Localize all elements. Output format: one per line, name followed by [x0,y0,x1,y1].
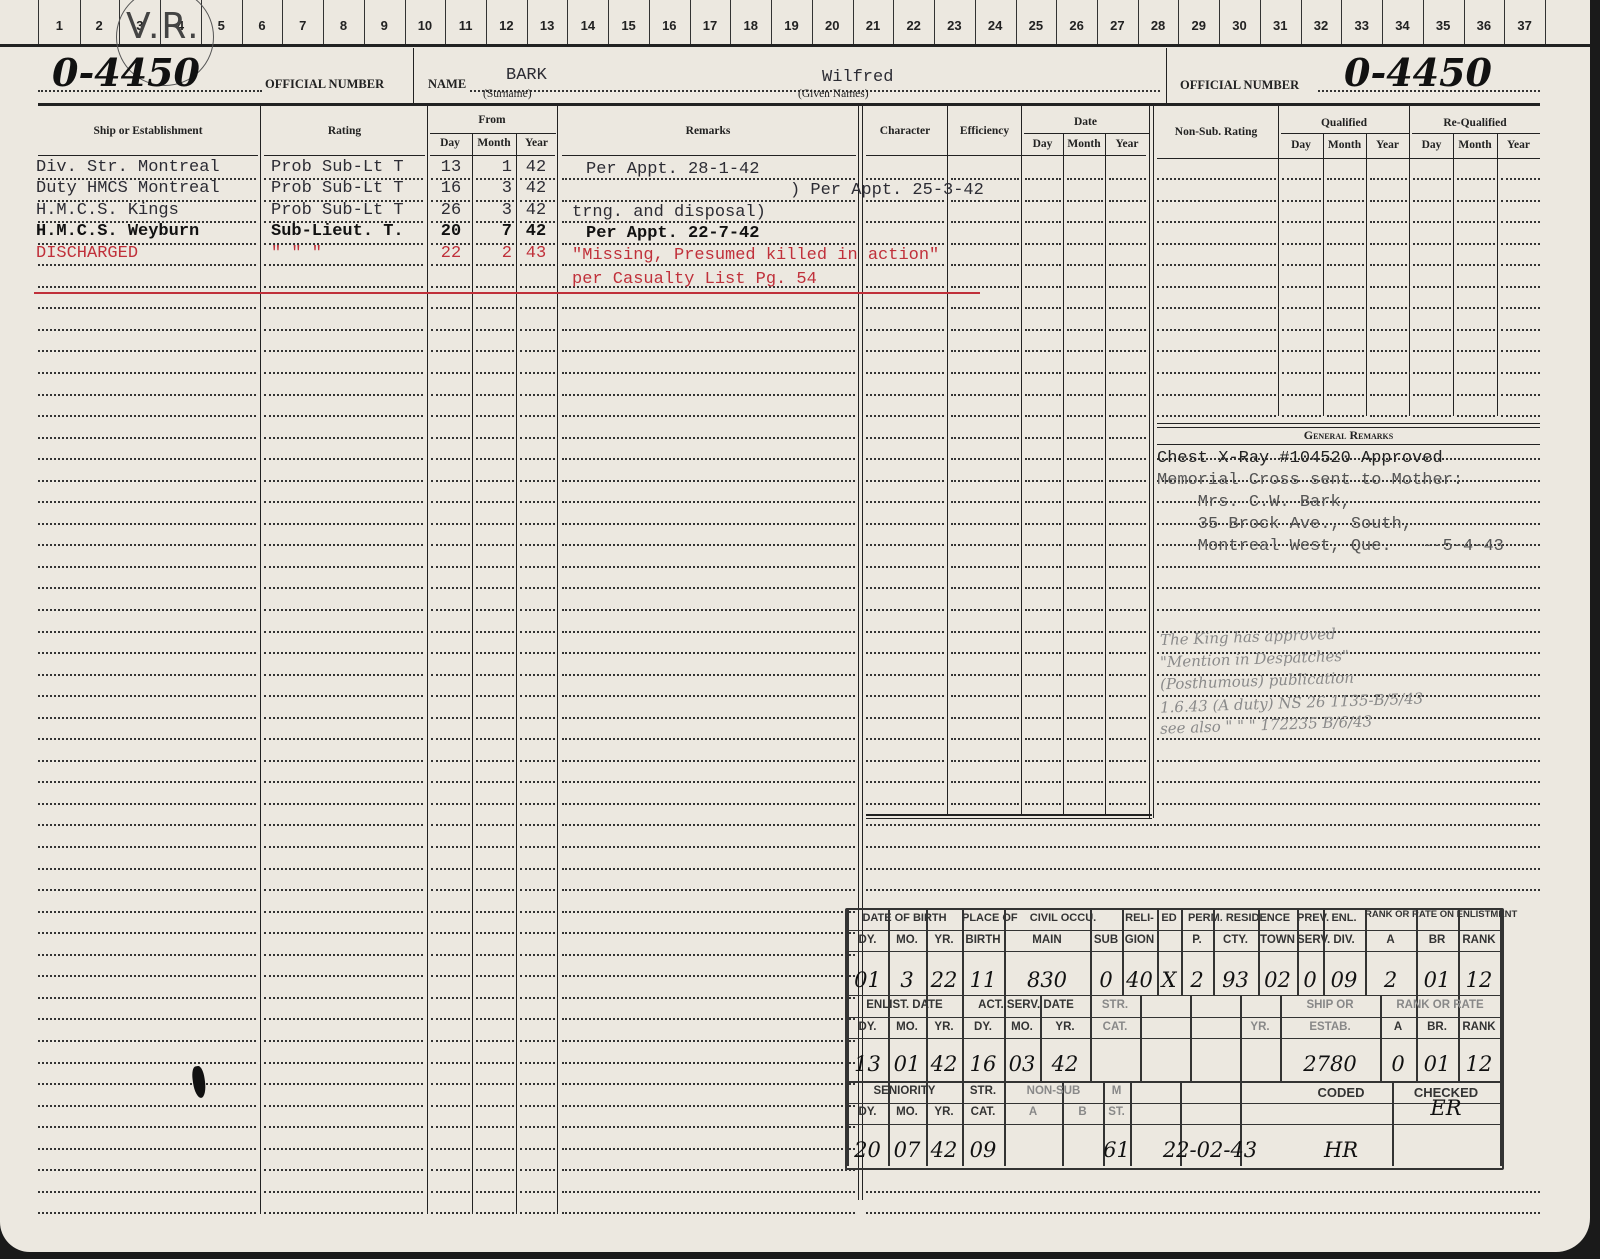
ruler-cell: 21 [853,0,895,44]
ruler-cell: 7 [282,0,324,44]
ruler-cell: 24 [975,0,1017,44]
handwritten-remark-line: The King has approved [1160,625,1336,649]
ruler-cell: 8 [323,0,365,44]
ruler-cell: 12 [486,0,528,44]
coding-sub-header: RANK [1458,1021,1500,1033]
ruler-cell: 34 [1382,0,1424,44]
coding-sub-header: ST. [1103,1106,1130,1118]
coding-group-header: ENLIST. DATE [847,999,962,1011]
remarks-cell: trng. and disposal) [572,203,766,222]
coding-sub-header: B [1062,1106,1103,1118]
coding-sub-header: MO. [888,1021,926,1033]
given-names-value: Wilfred [822,68,893,87]
coding-group-header: ACT. SERV. DATE [962,999,1090,1011]
coding-sub-header: RANK [1458,934,1500,946]
remarks-cell: "Missing, Presumed killed in action" [572,246,939,265]
ruler-cell: 20 [812,0,854,44]
official-number-label-left: OFFICIAL NUMBER [265,77,384,92]
ruler-cell: 10 [405,0,447,44]
coding-group-header: ENL. [1323,912,1365,924]
surname-caption: (Surname) [483,88,532,100]
col-date: Date [1022,116,1149,128]
col-date-day: Day [1022,138,1063,150]
rating-cell: " " " [271,244,322,263]
coding-value: 0 [1090,968,1122,992]
coding-sub-header: BR. [1416,1021,1458,1033]
ruler-cell: 28 [1138,0,1180,44]
coding-value: 13 [847,1052,888,1076]
coding-group-header: DATE OF BIRTH [847,912,962,924]
coding-box [845,908,1504,1170]
ruler-cell: 32 [1301,0,1343,44]
coding-sub-header: CTY. [1213,934,1258,946]
ruler-cell: 37 [1504,0,1546,44]
coding-sub-header: A [1365,934,1416,946]
coding-value: 40 [1122,968,1157,992]
coding-sub-header: A [1380,1021,1416,1033]
coding-value: 0 [1380,1052,1416,1076]
name-label: NAME [428,77,466,92]
ship-cell: DISCHARGED [36,244,138,263]
coding-value: 2780 [1280,1052,1380,1076]
coding-group-header: RELI- [1122,912,1157,924]
coding-value: 01 [888,1052,926,1076]
coding-value: 01 [847,968,888,992]
vr-stamp-text: V.R. [126,6,201,47]
coding-sub-header: CAT. [962,1106,1004,1118]
coding-value: 12 [1458,1052,1500,1076]
col-remarks: Remarks [560,125,856,137]
coding-sub-header: DIV. [1323,934,1365,946]
coding-sub-header: DY. [847,934,888,946]
hole-mark [191,1065,207,1098]
coding-sub-header: MO. [888,934,926,946]
col-from: From [428,114,556,126]
coding-value: 42 [1040,1052,1090,1076]
col-qualified-year: Year [1366,139,1409,151]
col-requalified-year: Year [1497,139,1540,151]
general-remarks-title: General Remarks [1157,428,1540,443]
coding-value: 09 [1323,968,1365,992]
col-from-day: Day [428,137,472,149]
coding-sub-header: YR. [1040,1021,1090,1033]
ruler-cell: 33 [1341,0,1383,44]
coding-value: 12 [1458,968,1500,992]
coding-value: 16 [962,1052,1004,1076]
coding-sub-header: YR. [926,1106,962,1118]
coding-sub-header: CAT. [1090,1021,1140,1033]
day-cell: 20 [430,222,472,241]
ruler-cell: 25 [1016,0,1058,44]
ruler-cell: 29 [1178,0,1220,44]
coding-value: X [1157,968,1181,992]
coding-value: 2 [1365,968,1416,992]
coding-group-header: PERM. RESIDENCE [1181,912,1297,924]
coding-value: 22-02-43 [1130,1138,1290,1162]
remarks-cell: ) Per Appt. 25-3-42 [790,181,984,200]
month-cell: 1 [474,158,512,177]
col-from-year: Year [516,137,557,149]
coding-value: 93 [1213,968,1258,992]
ruler-cell: 30 [1219,0,1261,44]
coding-sub-header: P. [1181,934,1213,946]
col-efficiency: Efficiency [948,125,1021,137]
coding-group-header: PLACE OF [962,912,1004,924]
ruler-cell: 17 [690,0,732,44]
coding-value: 22 [926,968,962,992]
month-cell: 3 [474,201,512,220]
coding-value: 03 [1004,1052,1040,1076]
coding-sub-header: DY. [847,1106,888,1118]
col-ship: Ship or Establishment [38,125,258,137]
coding-group-header: CIVIL OCCU. [1004,912,1122,924]
month-cell: 2 [474,244,512,263]
rating-cell: Sub-Lieut. T. [271,222,404,241]
general-remark-line: 35 Brock Ave., South, [1157,515,1412,534]
coding-group-header: SENIORITY [847,1085,962,1097]
coding-value: 01 [1416,968,1458,992]
coding-sub-header: BR [1416,934,1458,946]
ruler-cell: 14 [567,0,609,44]
ruler-cell: 36 [1464,0,1506,44]
coding-sub-header: SUB [1090,934,1122,946]
coding-value: 42 [926,1138,962,1162]
year-cell: 43 [518,244,554,263]
coding-sub-header: SERV. [1297,934,1323,946]
month-cell: 7 [474,222,512,241]
coding-group-header: SHIP OR [1280,999,1380,1011]
ruler-cell: 19 [771,0,813,44]
coding-sub-header: DY. [962,1021,1004,1033]
coding-sub-header: DY. [847,1021,888,1033]
coding-sub-header: MO. [1004,1021,1040,1033]
general-remark-line: Chest X-Ray #104520 Approved [1157,449,1443,468]
ship-cell: Duty HMCS Montreal [36,179,220,198]
given-names-caption: (Given Names) [798,88,869,100]
ruler-cell: 1 [38,0,81,44]
official-number-left: 0-4450 [52,50,200,95]
coding-group-header: RANK OR RATE [1380,999,1500,1011]
ruler-cell: 6 [242,0,284,44]
ruler-cell: 15 [608,0,650,44]
ship-cell: Div. Str. Montreal [36,158,220,177]
ruler-cell: 26 [1056,0,1098,44]
general-remark-line: Memorial Cross sent to Mother: [1157,471,1463,490]
service-record-card: 1234567891011121314151617181920212223242… [0,0,1590,1252]
ship-cell: H.M.C.S. Kings [36,201,179,220]
handwritten-remark-line: "Mention in Despatches" [1160,647,1350,672]
col-from-month: Month [472,137,516,149]
coding-value: 0 [1297,968,1323,992]
col-date-month: Month [1063,138,1105,150]
checked-initials: ER [1392,1096,1500,1120]
coding-group-header: ED [1157,912,1181,924]
coding-sub-header: A [1004,1106,1062,1118]
day-cell: 16 [430,179,472,198]
handwritten-remark-line: 1.6.43 (A duty) NS 26 1135-B/5/43 [1160,689,1424,716]
coding-sub-header: BIRTH [962,934,1004,946]
coding-value: 09 [962,1138,1004,1162]
ruler-cell: 11 [445,0,487,44]
coding-group-header: STR. [962,1085,1004,1097]
coding-sub-header: YR. [926,934,962,946]
coding-value: 830 [1004,968,1090,992]
day-cell: 22 [430,244,472,263]
ruler-cell: 2 [79,0,121,44]
surname-value: BARK [506,66,547,85]
ruler-cell: 35 [1423,0,1465,44]
coding-sub-header: YR. [1240,1021,1280,1033]
col-date-year: Year [1105,138,1149,150]
coding-value: 01 [1416,1052,1458,1076]
rating-cell: Prob Sub-Lt T [271,158,404,177]
col-character: Character [864,125,946,137]
official-number-right: 0-4450 [1344,50,1492,95]
col-requalified-month: Month [1453,139,1497,151]
coding-value: 61 [1103,1138,1130,1162]
ruler-cell: 23 [934,0,976,44]
coding-value: 20 [847,1138,888,1162]
coding-sub-header: ESTAB. [1280,1021,1380,1033]
col-qualified-month: Month [1323,139,1366,151]
col-non-sub-rating: Non-Sub. Rating [1155,126,1277,138]
remarks-cell: per Casualty List Pg. 54 [572,270,817,289]
year-cell: 42 [518,179,554,198]
remarks-cell: Per Appt. 28-1-42 [586,160,759,179]
coding-group-header: PREV. [1297,912,1323,924]
year-cell: 42 [518,158,554,177]
coding-value: 07 [888,1138,926,1162]
month-cell: 3 [474,179,512,198]
col-qualified: Qualified [1279,117,1409,129]
ruler-cell: 18 [730,0,772,44]
coding-group-header: NON-SUB [1004,1085,1103,1097]
coding-value: 02 [1258,968,1297,992]
col-requalified-day: Day [1410,139,1453,151]
ruler-cell: 16 [649,0,691,44]
coding-group-header: STR. [1090,999,1140,1011]
red-close-line [34,292,980,294]
rating-cell: Prob Sub-Lt T [271,179,404,198]
ruler-cell: 9 [364,0,406,44]
coding-value: 3 [888,968,926,992]
ship-cell: H.M.C.S. Weyburn [36,222,199,241]
coding-sub-header: MO. [888,1106,926,1118]
remarks-cell: Per Appt. 22-7-42 [586,224,759,243]
general-remark-line: Mrs. C.W. Bark, [1157,493,1351,512]
ruler-cell: 13 [527,0,569,44]
col-qualified-day: Day [1279,139,1323,151]
coding-value: 2 [1181,968,1213,992]
year-cell: 42 [518,222,554,241]
ruler-cell: 22 [893,0,935,44]
coding-sub-header: GION [1122,934,1157,946]
coding-value: 42 [926,1052,962,1076]
rating-cell: Prob Sub-Lt T [271,201,404,220]
coding-group-header: M [1103,1085,1130,1097]
year-cell: 42 [518,201,554,220]
ruler-cell: 27 [1097,0,1139,44]
col-requalified: Re-Qualified [1410,117,1540,129]
coding-group-header: RANK OR RATE ON ENLISTMENT [1365,909,1500,920]
general-remark-line: Montreal West, Que. --5-4-43 [1157,537,1504,556]
coding-sub-header: MAIN [1004,934,1090,946]
day-cell: 26 [430,201,472,220]
coding-sub-header: TOWN [1258,934,1297,946]
column-ruler: 1234567891011121314151617181920212223242… [0,0,1590,47]
col-rating: Rating [262,125,427,137]
coded-label: CODED [1290,1085,1392,1100]
ruler-cell: 31 [1260,0,1302,44]
coding-value: 11 [962,968,1004,992]
day-cell: 13 [430,158,472,177]
handwritten-remark-line: (Posthumous) publication [1160,669,1354,694]
official-number-label-right: OFFICIAL NUMBER [1180,78,1299,93]
coding-sub-header: YR. [926,1021,962,1033]
coded-initials: HR [1290,1138,1392,1162]
